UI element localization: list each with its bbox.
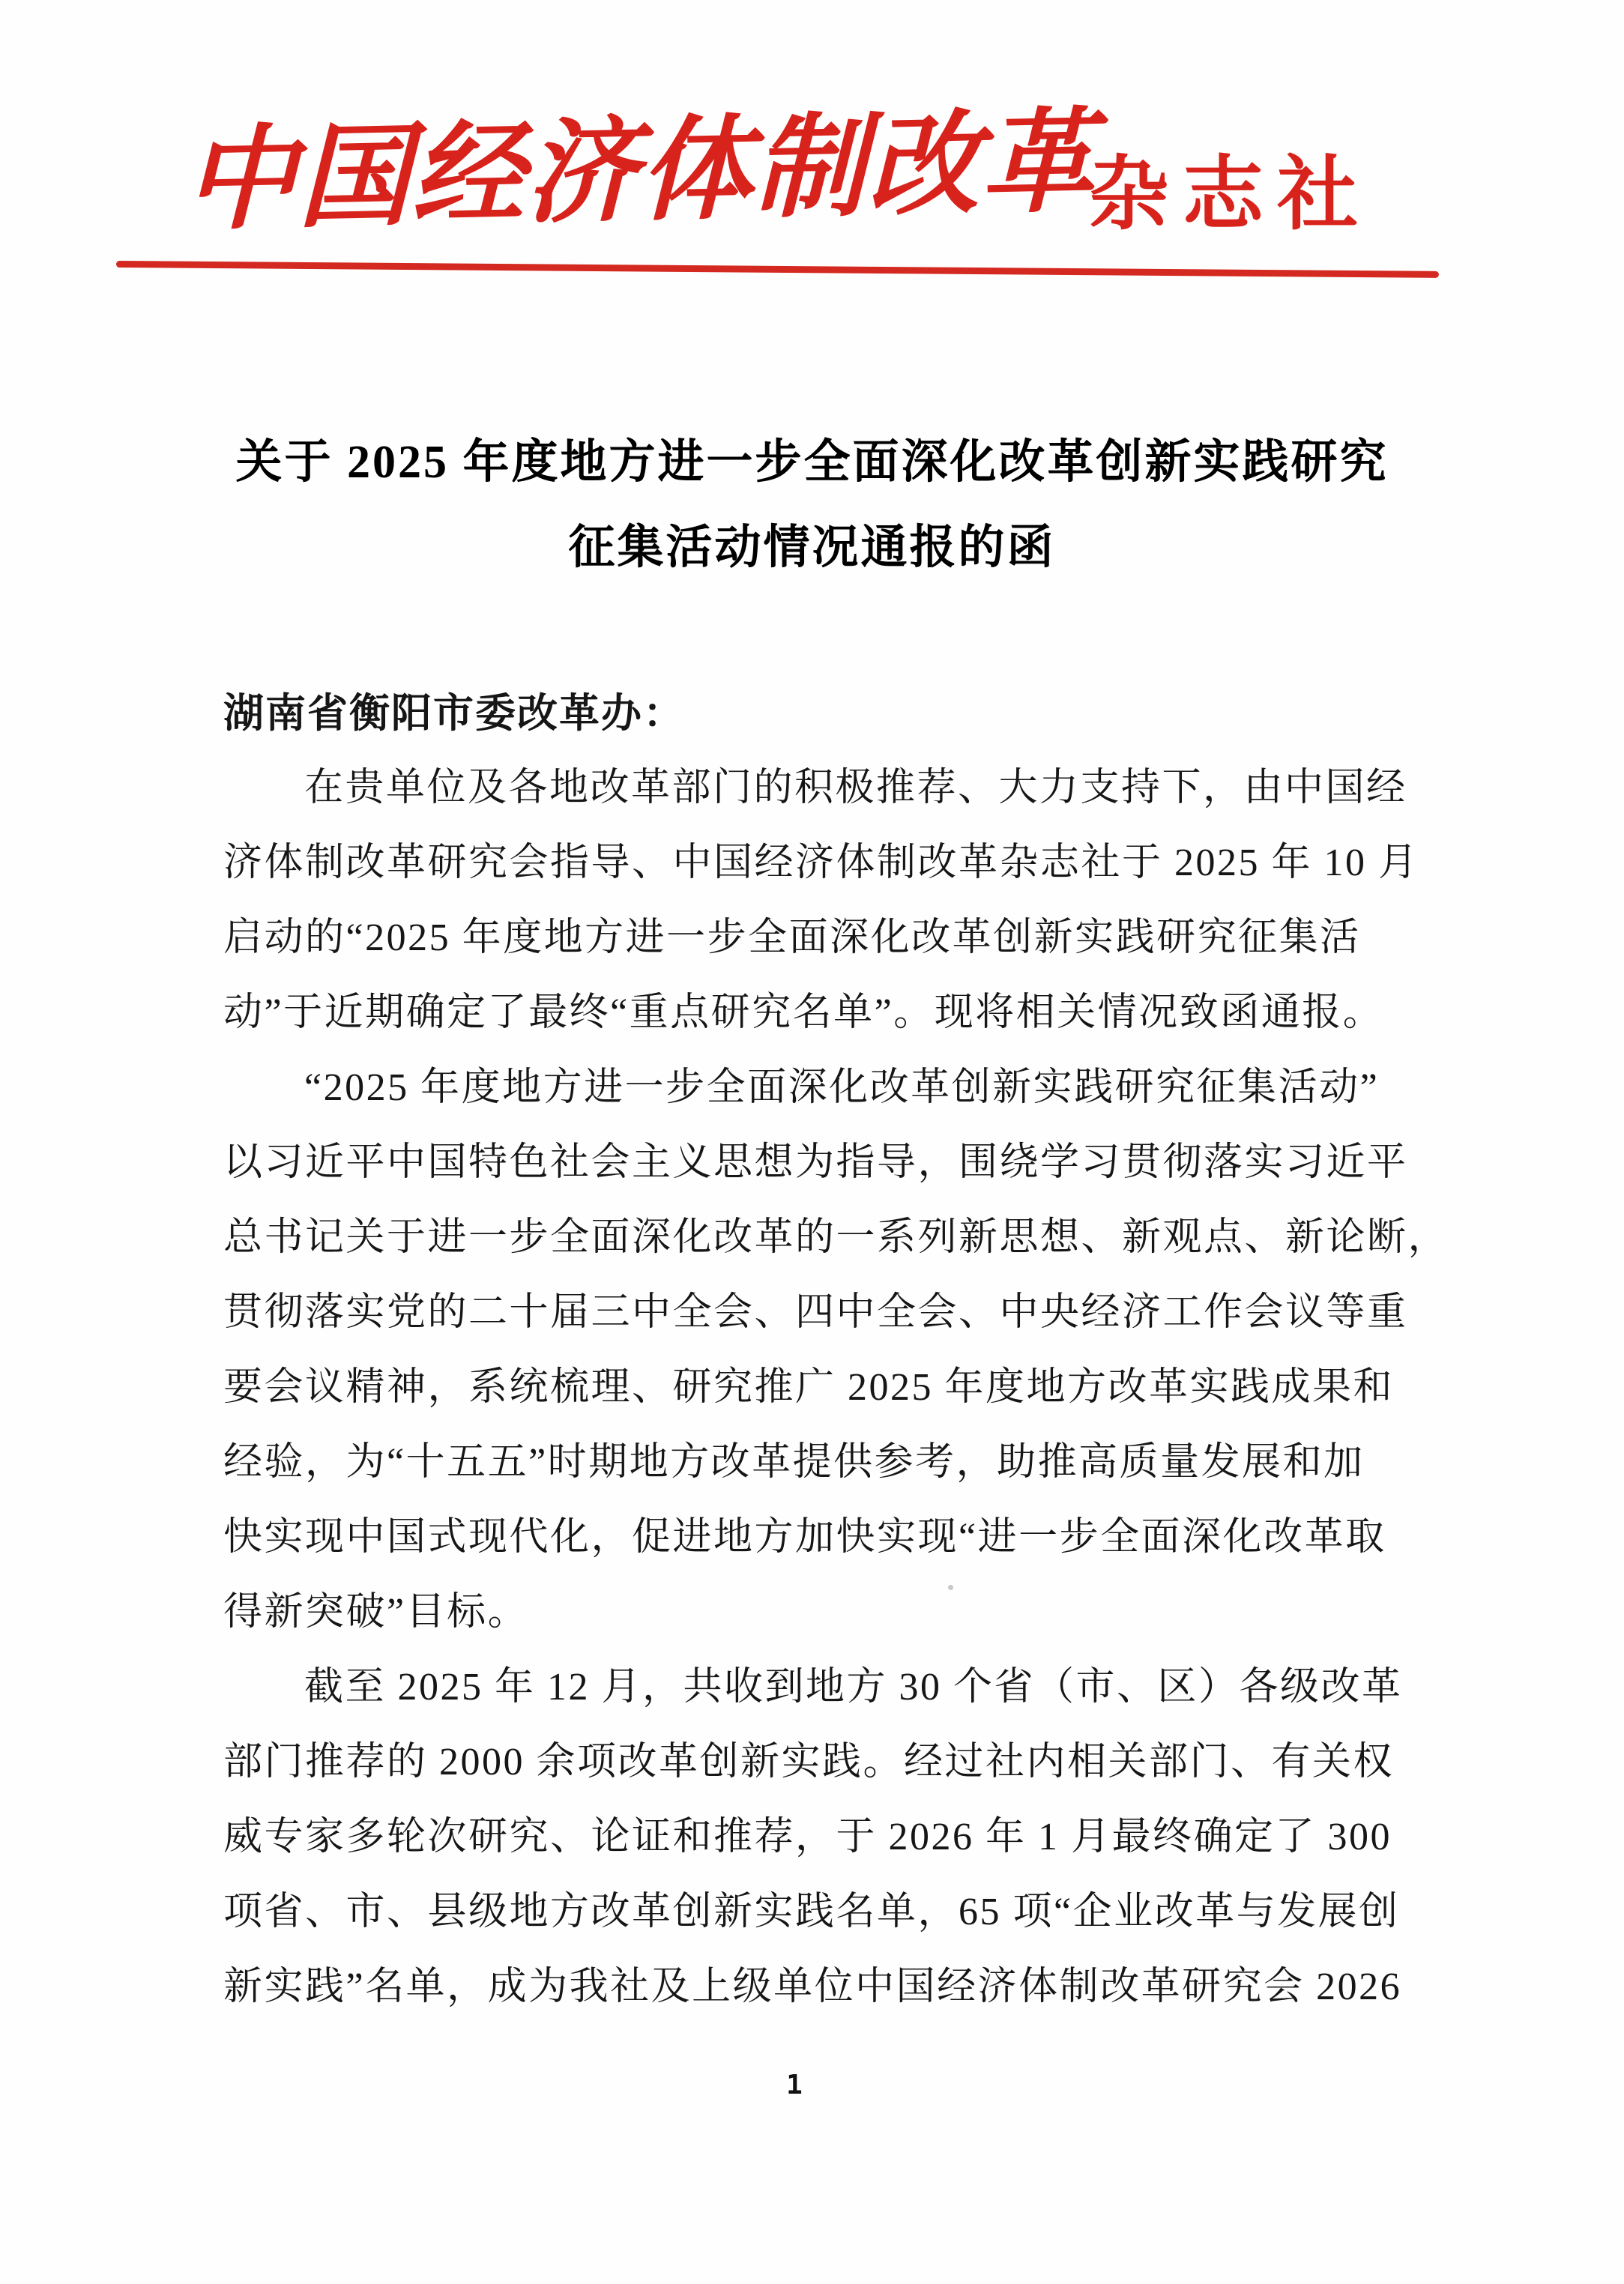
body-line: 得新突破”目标。 [223, 1575, 1429, 1650]
body-line: 以习近平中国特色社会主义思想为指导，围绕学习贯彻落实习近平 [223, 1126, 1429, 1200]
document-page: 中国经济体制改革 杂志社 关于 2025 年度地方进一步全面深化改革创新实践研究… [0, 0, 1624, 2284]
body-line: 经验，为“十五五”时期地方改革提供参考，助推高质量发展和加 [223, 1425, 1429, 1500]
body-line: 动”于近期确定了最终“重点研究名单”。现将相关情况致函通报。 [223, 976, 1429, 1051]
body-line: 快实现中国式现代化，促进地方加快实现“进一步全面深化改革取 [223, 1500, 1429, 1575]
body-line: 威专家多轮次研究、论证和推荐，于 2026 年 1 月最终确定了 300 [223, 1800, 1429, 1875]
body-line: 贯彻落实党的二十届三中全会、四中全会、中央经济工作会议等重 [223, 1275, 1429, 1350]
document-title-line-1: 关于 2025 年度地方进一步全面深化改革创新实践研究 [0, 433, 1624, 492]
letterhead-suffix: 杂志社 [1088, 150, 1371, 238]
body-line: 新实践”名单，成为我社及上级单位中国经济体制改革研究会 2026 [223, 1950, 1429, 2025]
body-line: 启动的“2025 年度地方进一步全面深化改革创新实践研究征集活 [223, 901, 1429, 976]
body-line: 要会议精神，系统梳理、研究推广 2025 年度地方改革实践成果和 [223, 1350, 1429, 1425]
salutation: 湖南省衡阳市委改革办： [223, 676, 1429, 751]
body-line: 总书记关于进一步全面深化改革的一系列新思想、新观点、新论断， [223, 1200, 1429, 1275]
body-line: 部门推荐的 2000 余项改革创新实践。经过社内相关部门、有关权 [223, 1725, 1429, 1800]
body-line: 济体制改革研究会指导、中国经济体制改革杂志社于 2025 年 10 月 [223, 826, 1429, 901]
scan-speck-artifact [948, 1585, 953, 1590]
body-line: 在贵单位及各地改革部门的积极推荐、大力支持下，由中国经 [223, 751, 1429, 826]
body-line: “2025 年度地方进一步全面深化改革创新实践研究征集活动” [223, 1051, 1429, 1126]
body-line: 截至 2025 年 12 月，共收到地方 30 个省（市、区）各级改革 [223, 1650, 1429, 1725]
letter-body: 湖南省衡阳市委改革办： 在贵单位及各地改革部门的积极推荐、大力支持下，由中国经济… [223, 676, 1429, 2025]
document-title: 关于 2025 年度地方进一步全面深化改革创新实践研究 征集活动情况通报的函 [0, 433, 1624, 577]
page-number: 1 [772, 2070, 817, 2100]
body-paragraph-lines: 在贵单位及各地改革部门的积极推荐、大力支持下，由中国经济体制改革研究会指导、中国… [223, 751, 1429, 2025]
letterhead-calligraphy: 中国经济体制改革 [184, 87, 1075, 259]
letterhead-rule [116, 261, 1439, 278]
document-title-line-2: 征集活动情况通报的函 [0, 519, 1624, 577]
body-line: 项省、市、县级地方改革创新实践名单，65 项“企业改革与发展创 [223, 1875, 1429, 1950]
